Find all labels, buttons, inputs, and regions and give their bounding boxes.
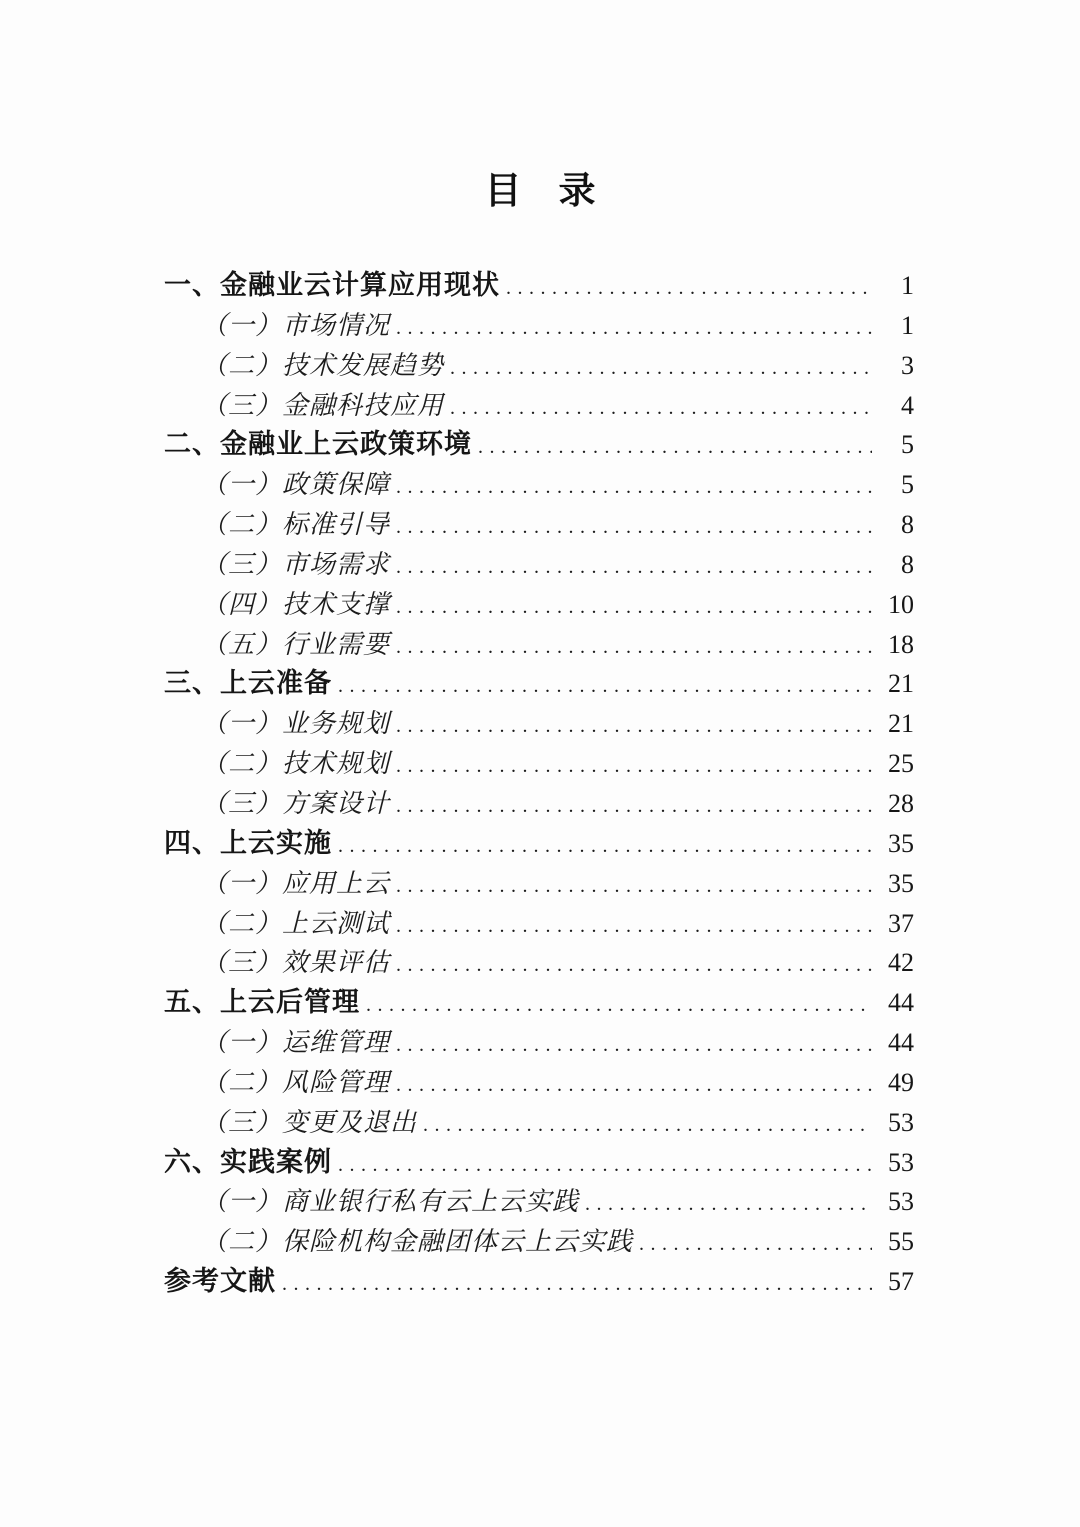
toc-entry-page: 3: [880, 346, 914, 386]
toc-entry-section: 参考文献....................................…: [164, 1262, 914, 1302]
toc-entry-label: （二）技术规划: [201, 744, 390, 784]
toc-entry-label: （二）技术发展趋势: [201, 346, 444, 386]
toc-entry-sub: （三）方案设计.................................…: [164, 784, 914, 824]
toc-entry-sub: （三）金融科技应用...............................…: [164, 386, 914, 426]
toc-entry-label: 二、金融业上云政策环境: [164, 425, 472, 465]
dot-leader: ........................................…: [338, 1146, 872, 1186]
dot-leader: ........................................…: [396, 867, 872, 907]
toc-entry-page: 1: [880, 306, 914, 346]
dot-leader: ........................................…: [338, 667, 872, 707]
dot-leader: ........................................…: [396, 946, 872, 986]
dot-leader: ........................................…: [423, 1106, 872, 1146]
dot-leader: ........................................…: [450, 389, 872, 429]
toc-entry-page: 18: [880, 625, 914, 665]
dot-leader: ........................................…: [396, 468, 872, 508]
dot-leader: ........................................…: [639, 1225, 872, 1265]
toc-entry-sub: （一）业务规划.................................…: [164, 704, 914, 744]
toc-entry-sub: （二）上云测试.................................…: [164, 904, 914, 944]
toc-entry-sub: （一）商业银行私有云上云实践..........................…: [164, 1182, 914, 1222]
dot-leader: ........................................…: [396, 747, 872, 787]
toc-entry-page: 5: [880, 425, 914, 465]
toc-entry-label: （一）政策保障: [201, 465, 390, 505]
toc-entry-section: 六、实践案例..................................…: [164, 1143, 914, 1183]
toc-entry-sub: （二）风险管理.................................…: [164, 1063, 914, 1103]
dot-leader: ........................................…: [396, 508, 872, 548]
toc-entry-section: 二、金融业上云政策环境.............................…: [164, 425, 914, 465]
toc-entry-label: （五）行业需要: [201, 625, 390, 665]
toc-entry-section: 三、上云准备..................................…: [164, 664, 914, 704]
toc-entry-sub: （一）政策保障.................................…: [164, 465, 914, 505]
toc-entry-label: （一）商业银行私有云上云实践: [201, 1182, 579, 1222]
document-title: 目 录: [0, 170, 1080, 212]
toc-entry-label: （一）应用上云: [201, 864, 390, 904]
toc-entry-label: （三）金融科技应用: [201, 386, 444, 426]
toc-entry-label: （二）上云测试: [201, 904, 390, 944]
toc-entry-sub: （二）保险机构金融团体云上云实践........................…: [164, 1222, 914, 1262]
toc-entry-page: 53: [880, 1182, 914, 1222]
toc-entry-label: （三）变更及退出: [201, 1103, 417, 1143]
toc-entry-page: 4: [880, 386, 914, 426]
dot-leader: ........................................…: [450, 349, 872, 389]
dot-leader: ........................................…: [366, 986, 872, 1026]
toc-entry-page: 8: [880, 545, 914, 585]
dot-leader: ........................................…: [338, 827, 872, 867]
toc-entry-page: 1: [880, 266, 914, 306]
toc-entry-label: （二）保险机构金融团体云上云实践: [201, 1222, 633, 1262]
toc-entry-label: 一、金融业云计算应用现状: [164, 266, 500, 306]
toc-entry-label: （一）运维管理: [201, 1023, 390, 1063]
toc-entry-page: 28: [880, 784, 914, 824]
toc-entry-page: 53: [880, 1103, 914, 1143]
toc-entry-label: （一）市场情况: [201, 306, 390, 346]
dot-leader: ........................................…: [396, 707, 872, 747]
toc-entry-page: 42: [880, 943, 914, 983]
toc-entry-page: 44: [880, 983, 914, 1023]
toc-list: 一、金融业云计算应用现状............................…: [164, 266, 914, 1302]
toc-entry-page: 10: [880, 585, 914, 625]
toc-entry-page: 57: [880, 1262, 914, 1302]
toc-entry-label: 参考文献: [164, 1262, 276, 1302]
toc-entry-label: （一）业务规划: [201, 704, 390, 744]
toc-entry-page: 8: [880, 505, 914, 545]
dot-leader: ........................................…: [478, 428, 872, 468]
toc-entry-sub: （三）效果评估.................................…: [164, 943, 914, 983]
toc-entry-label: （三）方案设计: [201, 784, 390, 824]
toc-entry-sub: （二）技术发展趋势...............................…: [164, 346, 914, 386]
toc-entry-sub: （一）运维管理.................................…: [164, 1023, 914, 1063]
toc-entry-label: 六、实践案例: [164, 1143, 332, 1183]
dot-leader: ........................................…: [396, 1066, 872, 1106]
dot-leader: ........................................…: [396, 309, 872, 349]
toc-entry-label: （二）风险管理: [201, 1063, 390, 1103]
toc-entry-label: （三）效果评估: [201, 943, 390, 983]
toc-entry-sub: （二）技术规划.................................…: [164, 744, 914, 784]
toc-entry-label: （三）市场需求: [201, 545, 390, 585]
dot-leader: ........................................…: [396, 628, 872, 668]
toc-entry-sub: （三）市场需求.................................…: [164, 545, 914, 585]
toc-entry-page: 37: [880, 904, 914, 944]
dot-leader: ........................................…: [506, 269, 872, 309]
dot-leader: ........................................…: [396, 548, 872, 588]
dot-leader: ........................................…: [282, 1265, 872, 1305]
dot-leader: ........................................…: [396, 907, 872, 947]
toc-entry-page: 35: [880, 864, 914, 904]
toc-entry-sub: （一）市场情况.................................…: [164, 306, 914, 346]
toc-entry-page: 44: [880, 1023, 914, 1063]
dot-leader: ........................................…: [396, 787, 872, 827]
document-page: 目 录 一、金融业云计算应用现状........................…: [0, 0, 1080, 1527]
toc-entry-sub: （二）标准引导.................................…: [164, 505, 914, 545]
dot-leader: ........................................…: [396, 1026, 872, 1066]
toc-entry-label: 四、上云实施: [164, 824, 332, 864]
toc-entry-label: 三、上云准备: [164, 664, 332, 704]
toc-entry-section: 五、上云后管理.................................…: [164, 983, 914, 1023]
toc-entry-sub: （三）变更及退出................................…: [164, 1103, 914, 1143]
toc-entry-label: （四）技术支撑: [201, 585, 390, 625]
toc-entry-page: 5: [880, 465, 914, 505]
dot-leader: ........................................…: [396, 588, 872, 628]
toc-entry-page: 49: [880, 1063, 914, 1103]
toc-entry-page: 55: [880, 1222, 914, 1262]
toc-entry-page: 53: [880, 1143, 914, 1183]
toc-entry-label: 五、上云后管理: [164, 983, 360, 1023]
toc-entry-page: 21: [880, 704, 914, 744]
toc-entry-label: （二）标准引导: [201, 505, 390, 545]
toc-entry-page: 25: [880, 744, 914, 784]
toc-entry-page: 21: [880, 664, 914, 704]
toc-entry-sub: （四）技术支撑.................................…: [164, 585, 914, 625]
toc-entry-sub: （一）应用上云.................................…: [164, 864, 914, 904]
dot-leader: ........................................…: [585, 1185, 872, 1225]
toc-entry-section: 四、上云实施..................................…: [164, 824, 914, 864]
toc-entry-sub: （五）行业需要.................................…: [164, 625, 914, 665]
toc-entry-section: 一、金融业云计算应用现状............................…: [164, 266, 914, 306]
toc-entry-page: 35: [880, 824, 914, 864]
